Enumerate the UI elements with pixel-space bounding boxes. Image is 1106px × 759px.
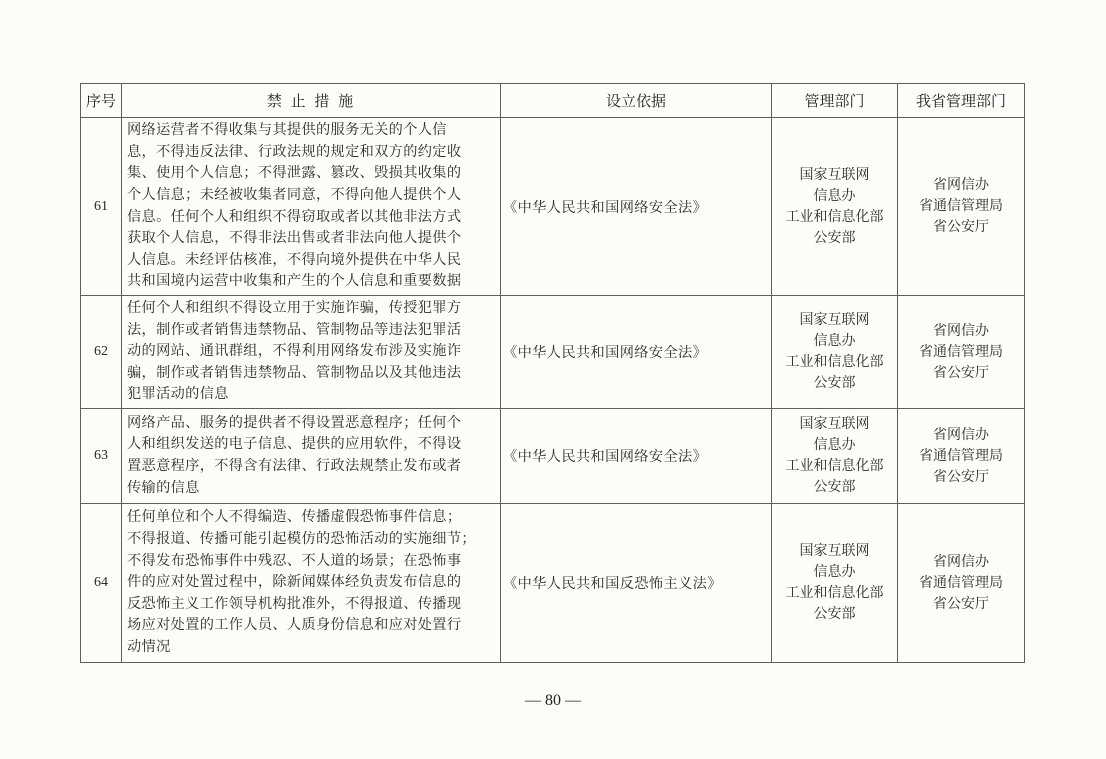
row-measure: 网络产品、服务的提供者不得设置恶意程序；任何个 人和组织发送的电子信息、提供的应… (122, 409, 501, 504)
measure-line: 法，制作或者销售违禁物品、管制物品等违法犯罪活 (127, 320, 498, 342)
header-seq: 序号 (81, 84, 122, 118)
prov-line: 省网信办 (898, 425, 1024, 446)
row-basis: 《中华人民共和国网络安全法》 (501, 118, 772, 296)
row-prov: 省网信办 省通信管理局 省公安厅 (898, 118, 1025, 296)
measure-line: 任何个人和组织不得设立用于实施诈骗，传授犯罪方 (127, 298, 498, 320)
prohibited-measures-table: 序号 禁 止 措 施 设立依据 管理部门 我省管理部门 61 网络运营者不得收集… (80, 83, 1025, 663)
row-basis: 《中华人民共和国网络安全法》 (501, 409, 772, 504)
table-row: 61 网络运营者不得收集与其提供的服务无关的个人信 息，不得违反法律、行政法规的… (81, 118, 1025, 296)
header-measure: 禁 止 措 施 (122, 84, 501, 118)
row-prov: 省网信办 省通信管理局 省公安厅 (898, 296, 1025, 409)
measure-line: 反恐怖主义工作领导机构批准外，不得报道、传播现 (127, 594, 498, 616)
dept-line: 国家互联网 (772, 541, 897, 562)
prov-line: 省公安厅 (898, 217, 1024, 238)
row-basis: 《中华人民共和国网络安全法》 (501, 296, 772, 409)
row-dept: 国家互联网 信息办 工业和信息化部 公安部 (772, 296, 898, 409)
page-number: — 80 — (0, 692, 1106, 710)
table-row: 63 网络产品、服务的提供者不得设置恶意程序；任何个 人和组织发送的电子信息、提… (81, 409, 1025, 504)
dept-line: 工业和信息化部 (772, 456, 897, 477)
measure-line: 息，不得违反法律、行政法规的规定和双方的约定收 (127, 142, 498, 164)
dept-line: 公安部 (772, 373, 897, 394)
row-dept: 国家互联网 信息办 工业和信息化部 公安部 (772, 118, 898, 296)
prov-line: 省通信管理局 (898, 196, 1024, 217)
measure-line: 场应对处置的工作人员、人质身份信息和应对处置行 (127, 615, 498, 637)
table-row: 62 任何个人和组织不得设立用于实施诈骗，传授犯罪方 法，制作或者销售违禁物品、… (81, 296, 1025, 409)
dept-line: 国家互联网 (772, 414, 897, 435)
measure-line: 置恶意程序，不得含有法律、行政法规禁止发布或者 (127, 456, 498, 478)
row-seq: 62 (81, 296, 122, 409)
measure-line: 网络运营者不得收集与其提供的服务无关的个人信 (127, 120, 498, 142)
prov-line: 省通信管理局 (898, 573, 1024, 594)
dept-line: 国家互联网 (772, 310, 897, 331)
row-basis: 《中华人民共和国反恐怖主义法》 (501, 504, 772, 663)
table-header-row: 序号 禁 止 措 施 设立依据 管理部门 我省管理部门 (81, 84, 1025, 118)
measure-line: 任何单位和个人不得编造、传播虚假恐怖事件信息； (127, 507, 498, 529)
prov-line: 省公安厅 (898, 467, 1024, 488)
row-seq: 63 (81, 409, 122, 504)
row-measure: 网络运营者不得收集与其提供的服务无关的个人信 息，不得违反法律、行政法规的规定和… (122, 118, 501, 296)
dept-line: 工业和信息化部 (772, 352, 897, 373)
measure-line: 个人信息；未经被收集者同意，不得向他人提供个人 (127, 185, 498, 207)
measure-line: 信息。任何个人和组织不得窃取或者以其他非法方式 (127, 207, 498, 229)
measure-line: 人信息。未经评估核准，不得向境外提供在中华人民 (127, 250, 498, 272)
measure-line: 犯罪活动的信息 (127, 384, 498, 406)
row-dept: 国家互联网 信息办 工业和信息化部 公安部 (772, 409, 898, 504)
header-prov: 我省管理部门 (898, 84, 1025, 118)
dept-line: 国家互联网 (772, 165, 897, 186)
header-dept: 管理部门 (772, 84, 898, 118)
measure-line: 骗，制作或者销售违禁物品、管制物品以及其他违法 (127, 363, 498, 385)
dept-line: 工业和信息化部 (772, 583, 897, 604)
header-basis: 设立依据 (501, 84, 772, 118)
measure-line: 动的网站、通讯群组，不得利用网络发布涉及实施诈 (127, 341, 498, 363)
measure-line: 集、使用个人信息；不得泄露、篡改、毁损其收集的 (127, 163, 498, 185)
measure-line: 件的应对处置过程中，除新闻媒体经负责发布信息的 (127, 572, 498, 594)
dept-line: 公安部 (772, 604, 897, 625)
dept-line: 信息办 (772, 435, 897, 456)
dept-line: 信息办 (772, 562, 897, 583)
prov-line: 省通信管理局 (898, 342, 1024, 363)
prov-line: 省公安厅 (898, 363, 1024, 384)
measure-line: 人和组织发送的电子信息、提供的应用软件，不得设 (127, 434, 498, 456)
dept-line: 工业和信息化部 (772, 207, 897, 228)
dept-line: 信息办 (772, 331, 897, 352)
row-dept: 国家互联网 信息办 工业和信息化部 公安部 (772, 504, 898, 663)
row-seq: 61 (81, 118, 122, 296)
table-row: 64 任何单位和个人不得编造、传播虚假恐怖事件信息； 不得报道、传播可能引起模仿… (81, 504, 1025, 663)
dept-line: 信息办 (772, 186, 897, 207)
row-seq: 64 (81, 504, 122, 663)
dept-line: 公安部 (772, 477, 897, 498)
prov-line: 省网信办 (898, 175, 1024, 196)
prov-line: 省通信管理局 (898, 446, 1024, 467)
row-prov: 省网信办 省通信管理局 省公安厅 (898, 504, 1025, 663)
document-page: 序号 禁 止 措 施 设立依据 管理部门 我省管理部门 61 网络运营者不得收集… (0, 0, 1106, 759)
row-measure: 任何个人和组织不得设立用于实施诈骗，传授犯罪方 法，制作或者销售违禁物品、管制物… (122, 296, 501, 409)
dept-line: 公安部 (772, 228, 897, 249)
prov-line: 省网信办 (898, 321, 1024, 342)
prov-line: 省网信办 (898, 552, 1024, 573)
measure-line: 共和国境内运营中收集和产生的个人信息和重要数据 (127, 271, 498, 293)
measure-line: 动情况 (127, 637, 498, 659)
measure-line: 网络产品、服务的提供者不得设置恶意程序；任何个 (127, 413, 498, 435)
measure-line: 不得发布恐怖事件中残忍、不人道的场景；在恐怖事 (127, 551, 498, 573)
row-measure: 任何单位和个人不得编造、传播虚假恐怖事件信息； 不得报道、传播可能引起模仿的恐怖… (122, 504, 501, 663)
measure-line: 传输的信息 (127, 478, 498, 500)
prov-line: 省公安厅 (898, 594, 1024, 615)
row-prov: 省网信办 省通信管理局 省公安厅 (898, 409, 1025, 504)
measure-line: 不得报道、传播可能引起模仿的恐怖活动的实施细节； (127, 529, 498, 551)
measure-line: 获取个人信息，不得非法出售或者非法向他人提供个 (127, 228, 498, 250)
